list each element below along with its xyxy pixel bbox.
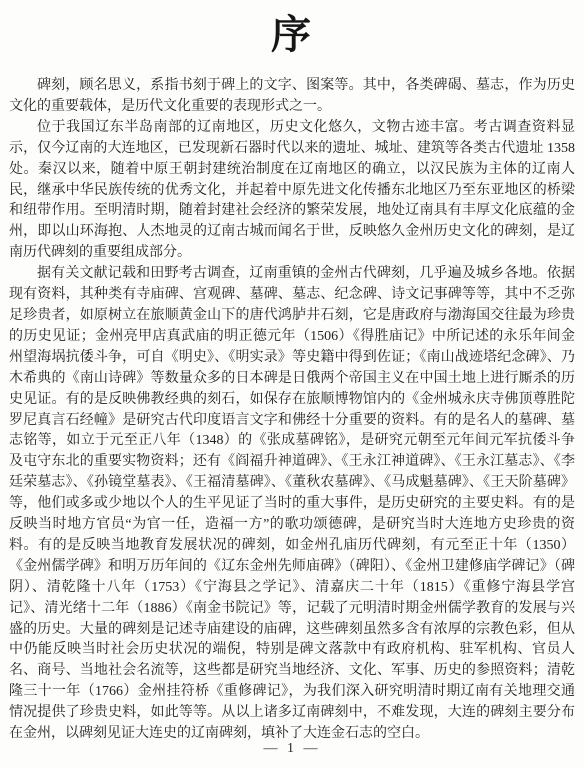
document-page: 序 碑刻，顾名思义，系指书刻于碑上的文字、图案等。其中，各类碑碣、墓志，作为历史… [0, 0, 584, 767]
paragraph: 据有关文献记载和田野考古调查，辽南重镇的金州古代碑刻，几乎遍及城乡各地。依据现有… [9, 264, 575, 745]
page-number: — 1 — [0, 741, 584, 757]
paragraph: 碑刻，顾名思义，系指书刻于碑上的文字、图案等。其中，各类碑碣、墓志，作为历史文化… [9, 76, 575, 118]
paragraph: 位于我国辽东半岛南部的辽南地区，历史文化悠久，文物古迹丰富。考古调查资料显示，仅… [9, 118, 575, 264]
document-body: 碑刻，顾名思义，系指书刻于碑上的文字、图案等。其中，各类碑碣、墓志，作为历史文化… [0, 76, 584, 745]
page-title: 序 [0, 4, 584, 62]
